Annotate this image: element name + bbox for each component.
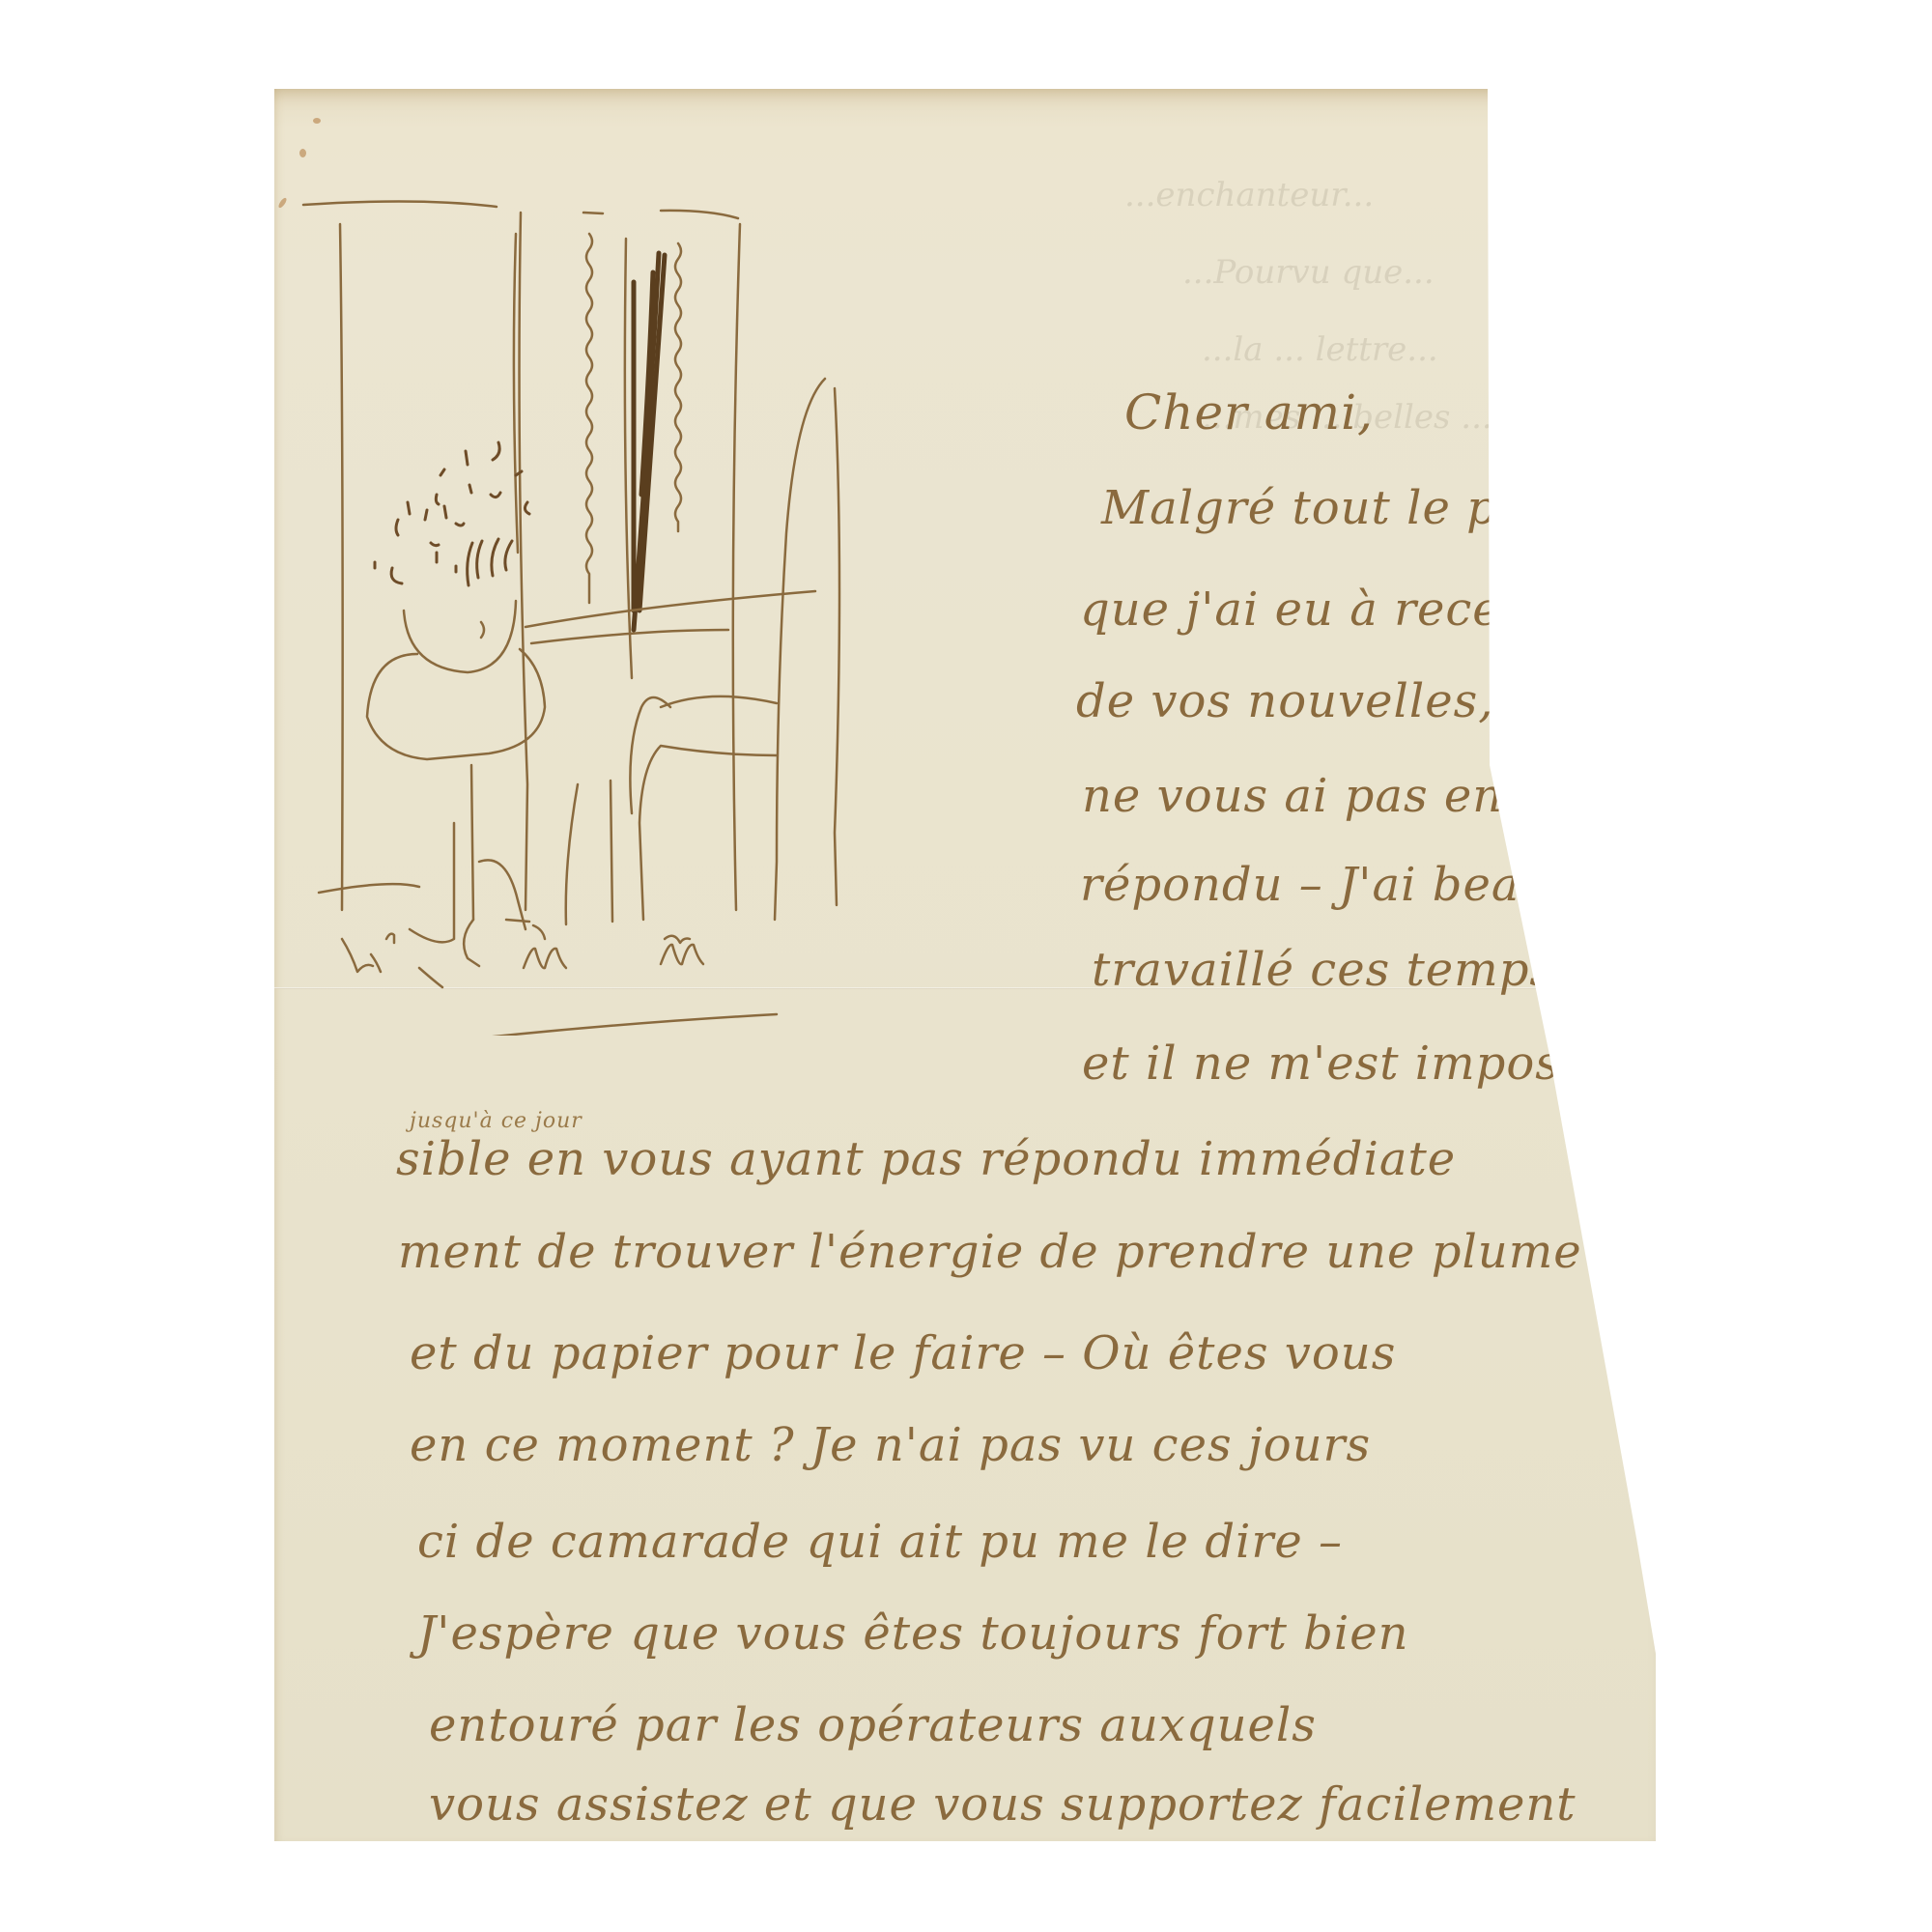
letter-line: ci de camarade qui ait pu me le dire – <box>417 1519 1343 1565</box>
letter-line: répondu – J'ai beaucoup <box>1080 862 1668 908</box>
letter-line: vous assistez et que vous supportez faci… <box>429 1781 1577 1828</box>
flower-bouquet <box>375 442 529 585</box>
floor-grass-marks <box>319 884 703 987</box>
table-pedestal <box>410 765 526 966</box>
baseline <box>332 1014 777 1036</box>
bleed-through-text: ...la ... lettre... <box>1202 330 1438 369</box>
letter-line: sible en vous ayant pas répondu immédiat… <box>396 1136 1456 1182</box>
letter-line: les mauvais moments — <box>437 1859 1023 1905</box>
bleed-through-text: ...Pourvu que... <box>1182 253 1435 292</box>
letter-line: travaillé ces temps derniers <box>1092 947 1776 993</box>
letter-line: de vos nouvelles, je <box>1076 678 1553 724</box>
vase <box>404 601 516 672</box>
letter-line: et il ne m'est impos- <box>1082 1040 1577 1087</box>
dark-curtain-stroke <box>634 253 665 630</box>
letter-line: ment de trouver l'énergie de prendre une… <box>398 1229 1582 1275</box>
interlinear-note: jusqu'à ce jour <box>410 1111 582 1132</box>
round-table <box>367 591 815 759</box>
bleed-through-text: ...enchanteur... <box>1124 176 1374 214</box>
letter-line: Malgré tout le plaisir <box>1101 485 1621 531</box>
letter-salutation: Cher ami, <box>1124 388 1374 437</box>
armchair <box>566 379 839 924</box>
letter-paper: ...enchanteur... ...Pourvu que... ...la … <box>274 89 1656 1841</box>
letter-line: que j'ai eu à recevoir <box>1080 586 1596 633</box>
letter-line: J'espère que vous êtes toujours fort bie… <box>417 1610 1409 1657</box>
window-frame <box>303 201 740 910</box>
letter-line: entouré par les opérateurs auxquels <box>429 1702 1317 1748</box>
interior-sketch <box>274 89 1009 1036</box>
letter-line: en ce moment ? Je n'ai pas vu ces jours <box>410 1422 1371 1468</box>
letter-line: ne vous ai pas encore <box>1082 773 1610 819</box>
letter-line: et du papier pour le faire – Où êtes vou… <box>410 1330 1396 1377</box>
curtain-right-wavy <box>675 243 681 531</box>
